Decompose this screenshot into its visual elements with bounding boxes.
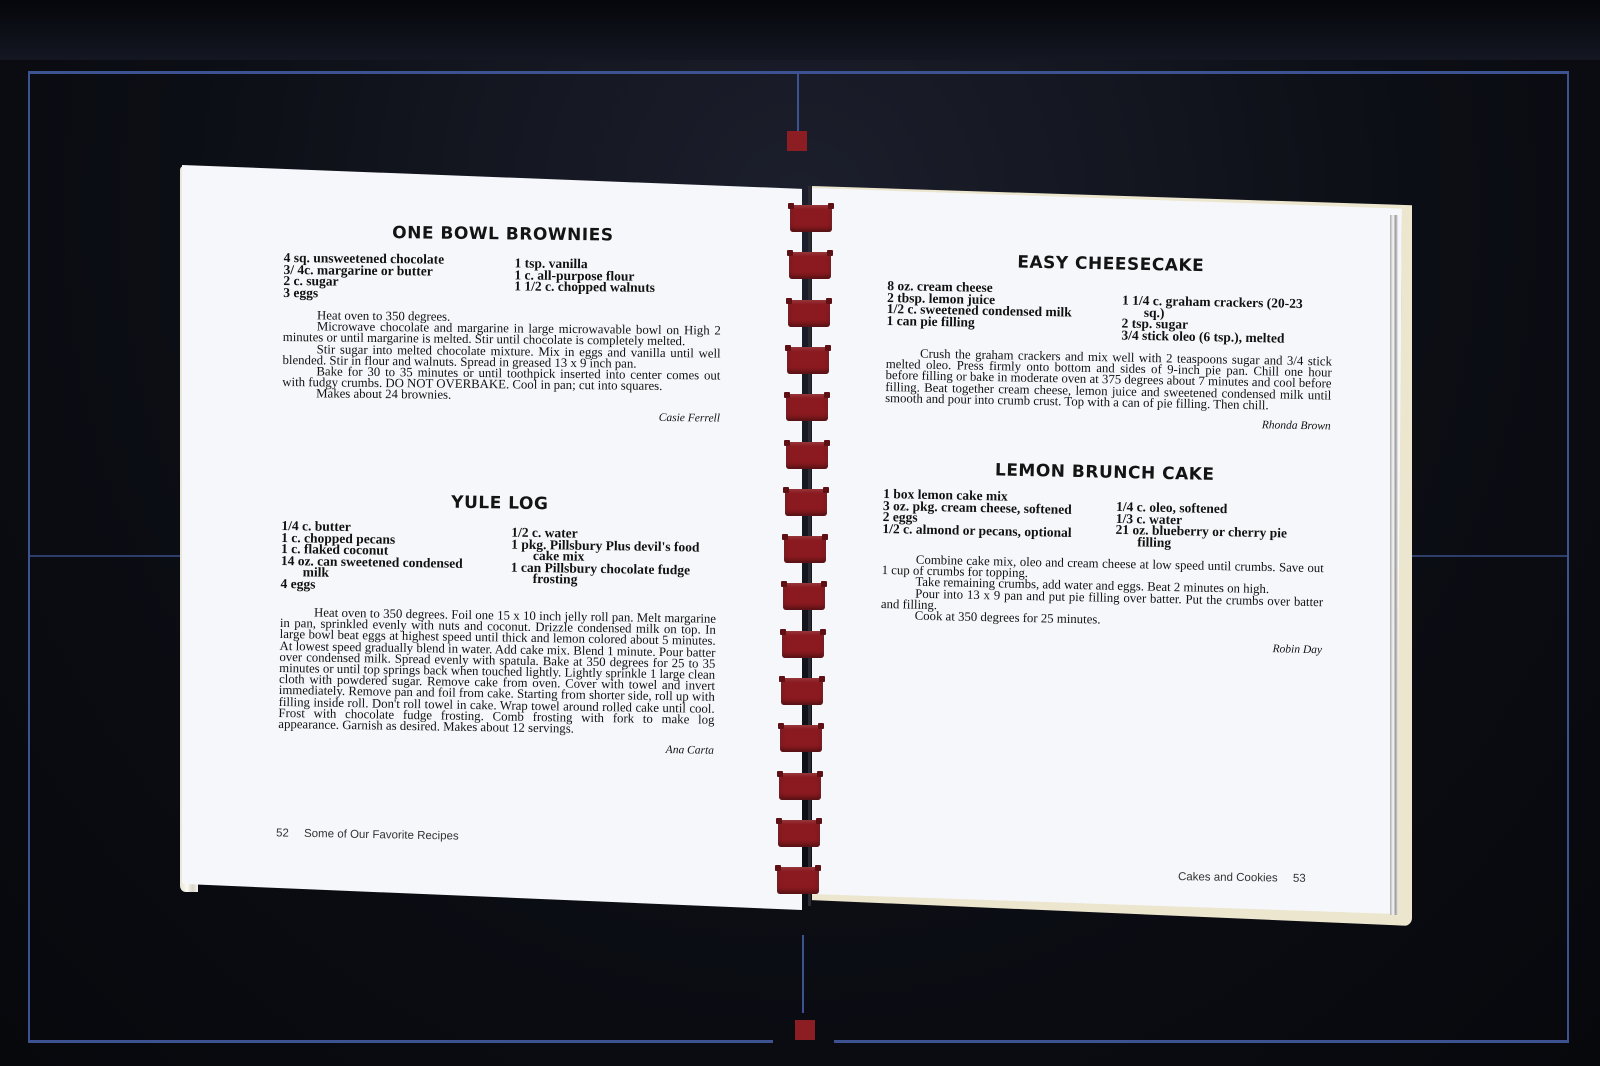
ingredients-right-column: 1 tsp. vanilla 1 c. all-purpose flour 1 … [514, 254, 721, 302]
running-footer: Cakes and Cookies [1178, 871, 1278, 884]
ingredients-left-column: 4 sq. unsweetened chocolate 3/ 4c. marga… [283, 252, 490, 300]
recipe-lemon-brunch-cake: LEMON BRUNCH CAKE 1 box lemon cake mix 3… [880, 458, 1326, 656]
right-page-footer: Cakes and Cookies 53 [1178, 871, 1306, 885]
recipe-yule-log: YULE LOG 1/4 c. butter 1 c. chopped peca… [278, 490, 718, 757]
ingredients-left-column: 1/4 c. butter 1 c. chopped pecans 1 c. f… [280, 520, 487, 592]
binding-loop [785, 489, 827, 516]
binding-loop [788, 300, 830, 327]
ingredients-left-column: 1 box lemon cake mix 3 oz. pkg. cream ch… [882, 488, 1092, 546]
ingredients-right-column: 1/2 c. water 1 pkg. Pillsbury Plus devil… [510, 524, 717, 596]
binding-loop [778, 820, 820, 847]
recipe-title: ONE BOWL BROWNIES [284, 222, 722, 247]
ingredients-left-column: 8 oz. cream cheese 2 tbsp. lemon juice 1… [886, 280, 1098, 340]
right-page-stack [1390, 215, 1398, 915]
binding-loop [779, 773, 821, 800]
direction-paragraph: Crush the graham crackers and mix well w… [885, 348, 1332, 413]
ingredient: 4 eggs [280, 577, 486, 592]
page-number: 52 [276, 827, 289, 839]
directions: Heat oven to 350 degrees. Foil one 15 x … [278, 607, 716, 737]
direction-paragraph: Heat oven to 350 degrees. Foil one 15 x … [278, 607, 716, 737]
binding-loop [782, 631, 824, 658]
ingredient: 3 eggs [283, 286, 490, 300]
binding-loop [789, 252, 831, 279]
recipe-easy-cheesecake: EASY CHEESECAKE 8 oz. cream cheese 2 tbs… [885, 250, 1334, 433]
ingredient: 1 1/2 c. chopped walnuts [514, 280, 721, 294]
open-cookbook: ONE BOWL BROWNIES 4 sq. unsweetened choc… [0, 0, 1600, 1066]
binding-loop [787, 347, 829, 374]
binding-loop [790, 205, 832, 232]
recipe-one-bowl-brownies: ONE BOWL BROWNIES 4 sq. unsweetened choc… [282, 222, 722, 424]
page-number: 53 [1293, 873, 1306, 885]
ingredients: 1 box lemon cake mix 3 oz. pkg. cream ch… [882, 488, 1325, 551]
binding-loop [784, 536, 826, 563]
directions: Combine cake mix, oleo and cream cheese … [881, 554, 1324, 630]
ingredients: 8 oz. cream cheese 2 tbsp. lemon juice 1… [886, 280, 1333, 345]
binding-loop [786, 394, 828, 421]
ingredient: 1/2 c. almond or pecans, optional [882, 522, 1091, 538]
binding-loop [777, 867, 819, 894]
binding-loop [783, 583, 825, 610]
ingredients: 1/4 c. butter 1 c. chopped pecans 1 c. f… [280, 520, 717, 596]
binding-loop [781, 678, 823, 705]
ingredients-right-column: 1 1/4 c. graham crackers (20-23 sq.) 2 t… [1121, 285, 1333, 345]
binding-loop [786, 442, 828, 469]
ingredients-right-column: 1/4 c. oleo, softened 1/3 c. water 21 oz… [1115, 493, 1325, 551]
directions: Heat oven to 350 degrees. Microwave choc… [282, 310, 721, 404]
directions: Crush the graham crackers and mix well w… [885, 348, 1332, 413]
binding-loop [780, 725, 822, 752]
ingredients: 4 sq. unsweetened chocolate 3/ 4c. marga… [283, 252, 721, 303]
